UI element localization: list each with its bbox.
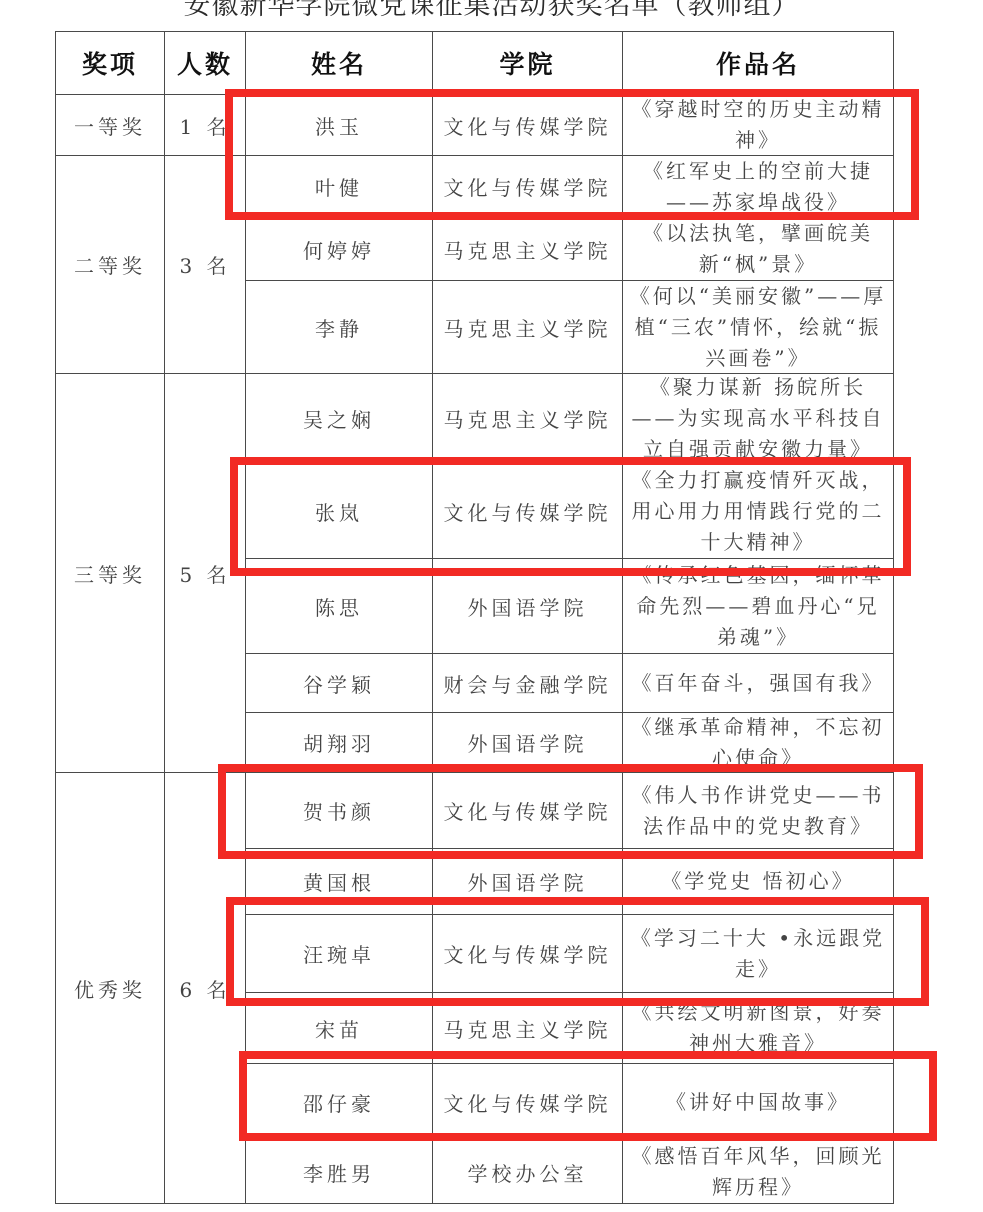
- work-text: 《学习二十大 •永远跟党走》: [629, 923, 887, 985]
- award-label: 一等奖: [74, 111, 146, 140]
- work-text: 《聚力谋新 扬皖所长——为实现高水平科技自立自强贡献安徽力量》: [629, 373, 887, 464]
- college-cell: 文化与传媒学院: [432, 463, 623, 559]
- award-group-second: 二等奖: [55, 155, 165, 374]
- work-text: 《传承红色基因，缅怀革命先烈——碧血丹心“兄弟魂”》: [629, 560, 887, 653]
- work-text: 《百年奋斗，强国有我》: [632, 668, 885, 699]
- name-text: 张岚: [315, 497, 363, 526]
- name-cell: 何婷婷: [245, 217, 433, 281]
- name-text: 陈思: [315, 592, 363, 621]
- college-text: 马克思主义学院: [444, 1014, 612, 1043]
- work-text: 《穿越时空的历史主动精神》: [629, 94, 887, 156]
- work-cell: 《红军史上的空前大捷——苏家埠战役》: [622, 155, 894, 218]
- name-text: 胡翔羽: [303, 728, 375, 757]
- name-cell: 黄国根: [245, 848, 433, 915]
- college-cell: 外国语学院: [432, 848, 623, 915]
- college-cell: 文化与传媒学院: [432, 1063, 623, 1141]
- header-name: 姓名: [245, 31, 433, 95]
- name-cell: 李胜男: [245, 1140, 433, 1204]
- work-cell: 《学党史 悟初心》: [622, 848, 894, 915]
- work-text: 《共绘文明新图景，好奏神州大雅音》: [629, 997, 887, 1059]
- work-cell: 《学习二十大 •永远跟党走》: [622, 914, 894, 993]
- name-cell: 陈思: [245, 558, 433, 654]
- header-count: 人数: [164, 31, 246, 95]
- count-label: 3 名: [179, 250, 230, 279]
- name-text: 叶健: [315, 172, 363, 201]
- name-text: 洪玉: [315, 111, 363, 140]
- work-cell: 《聚力谋新 扬皖所长——为实现高水平科技自立自强贡献安徽力量》: [622, 373, 894, 464]
- college-text: 文化与传媒学院: [444, 1088, 612, 1117]
- count-label: 6 名: [179, 974, 230, 1003]
- name-cell: 李静: [245, 280, 433, 374]
- name-cell: 叶健: [245, 155, 433, 218]
- name-text: 谷学颖: [303, 669, 375, 698]
- college-cell: 学校办公室: [432, 1140, 623, 1204]
- college-cell: 马克思主义学院: [432, 373, 623, 464]
- college-cell: 文化与传媒学院: [432, 914, 623, 993]
- college-text: 马克思主义学院: [444, 404, 612, 433]
- college-cell: 外国语学院: [432, 558, 623, 654]
- name-cell: 贺书颜: [245, 772, 433, 849]
- work-cell: 《讲好中国故事》: [622, 1063, 894, 1141]
- name-cell: 吴之娴: [245, 373, 433, 464]
- work-cell: 《全力打赢疫情歼灭战，用心用力用情践行党的二十大精神》: [622, 463, 894, 559]
- header-count-label: 人数: [177, 45, 233, 81]
- name-text: 李静: [315, 313, 363, 342]
- college-text: 文化与传媒学院: [444, 939, 612, 968]
- work-cell: 《穿越时空的历史主动精神》: [622, 94, 894, 156]
- work-text: 《继承革命精神，不忘初心使命》: [629, 712, 887, 773]
- college-text: 马克思主义学院: [444, 313, 612, 342]
- name-cell: 洪玉: [245, 94, 433, 156]
- college-text: 财会与金融学院: [444, 669, 612, 698]
- work-cell: 《以法执笔，擘画皖美新“枫”景》: [622, 217, 894, 281]
- college-text: 外国语学院: [468, 592, 588, 621]
- name-text: 邵仔豪: [303, 1088, 375, 1117]
- name-text: 李胜男: [303, 1158, 375, 1187]
- name-text: 黄国根: [303, 867, 375, 896]
- college-cell: 马克思主义学院: [432, 217, 623, 281]
- name-cell: 汪琬卓: [245, 914, 433, 993]
- work-cell: 《共绘文明新图景，好奏神州大雅音》: [622, 992, 894, 1064]
- name-text: 吴之娴: [303, 404, 375, 433]
- work-text: 《何以“美丽安徽”——厚植“三农”情怀，绘就“振兴画卷”》: [629, 281, 887, 374]
- header-name-label: 姓名: [311, 45, 367, 81]
- name-text: 宋苗: [315, 1014, 363, 1043]
- college-text: 文化与传媒学院: [444, 796, 612, 825]
- work-text: 《伟人书作讲党史——书法作品中的党史教育》: [629, 780, 887, 842]
- award-group-excellence: 优秀奖: [55, 772, 165, 1204]
- college-text: 外国语学院: [468, 867, 588, 896]
- header-work-label: 作品名: [716, 45, 800, 81]
- work-text: 《讲好中国故事》: [666, 1087, 850, 1118]
- work-cell: 《传承红色基因，缅怀革命先烈——碧血丹心“兄弟魂”》: [622, 558, 894, 654]
- college-text: 文化与传媒学院: [444, 172, 612, 201]
- work-text: 《全力打赢疫情歼灭战，用心用力用情践行党的二十大精神》: [629, 465, 887, 558]
- work-cell: 《伟人书作讲党史——书法作品中的党史教育》: [622, 772, 894, 849]
- college-cell: 外国语学院: [432, 712, 623, 773]
- name-cell: 胡翔羽: [245, 712, 433, 773]
- award-group-third: 三等奖: [55, 373, 165, 773]
- work-cell: 《百年奋斗，强国有我》: [622, 653, 894, 713]
- college-cell: 马克思主义学院: [432, 992, 623, 1064]
- award-group-first: 一等奖: [55, 94, 165, 156]
- college-cell: 财会与金融学院: [432, 653, 623, 713]
- award-label: 二等奖: [74, 250, 146, 279]
- count-label: 1 名: [179, 111, 230, 140]
- header-college-label: 学院: [499, 45, 555, 81]
- college-text: 学校办公室: [468, 1158, 588, 1187]
- count-group-second: 3 名: [164, 155, 246, 374]
- college-cell: 马克思主义学院: [432, 280, 623, 374]
- name-text: 贺书颜: [303, 796, 375, 825]
- college-cell: 文化与传媒学院: [432, 94, 623, 156]
- name-cell: 宋苗: [245, 992, 433, 1064]
- college-text: 文化与传媒学院: [444, 111, 612, 140]
- count-group-excellence: 6 名: [164, 772, 246, 1204]
- work-cell: 《继承革命精神，不忘初心使命》: [622, 712, 894, 773]
- college-cell: 文化与传媒学院: [432, 772, 623, 849]
- work-text: 《红军史上的空前大捷——苏家埠战役》: [629, 156, 887, 218]
- count-group-first: 1 名: [164, 94, 246, 156]
- count-group-third: 5 名: [164, 373, 246, 773]
- header-work: 作品名: [622, 31, 894, 95]
- college-text: 文化与传媒学院: [444, 497, 612, 526]
- name-text: 汪琬卓: [303, 939, 375, 968]
- count-label: 5 名: [179, 559, 230, 588]
- award-label: 三等奖: [74, 559, 146, 588]
- header-award-label: 奖项: [82, 45, 138, 81]
- work-cell: 《感悟百年风华，回顾光辉历程》: [622, 1140, 894, 1204]
- work-text: 《感悟百年风华，回顾光辉历程》: [629, 1141, 887, 1203]
- college-text: 外国语学院: [468, 728, 588, 757]
- name-cell: 谷学颖: [245, 653, 433, 713]
- college-text: 马克思主义学院: [444, 235, 612, 264]
- name-cell: 张岚: [245, 463, 433, 559]
- header-college: 学院: [432, 31, 623, 95]
- document-title: 安徽新华学院微党课征集活动获奖名单（教师组）: [0, 0, 983, 26]
- work-cell: 《何以“美丽安徽”——厚植“三农”情怀，绘就“振兴画卷”》: [622, 280, 894, 374]
- college-cell: 文化与传媒学院: [432, 155, 623, 218]
- award-label: 优秀奖: [74, 974, 146, 1003]
- header-award: 奖项: [55, 31, 165, 95]
- name-cell: 邵仔豪: [245, 1063, 433, 1141]
- work-text: 《学党史 悟初心》: [661, 866, 854, 897]
- name-text: 何婷婷: [303, 235, 375, 264]
- work-text: 《以法执笔，擘画皖美新“枫”景》: [629, 218, 887, 280]
